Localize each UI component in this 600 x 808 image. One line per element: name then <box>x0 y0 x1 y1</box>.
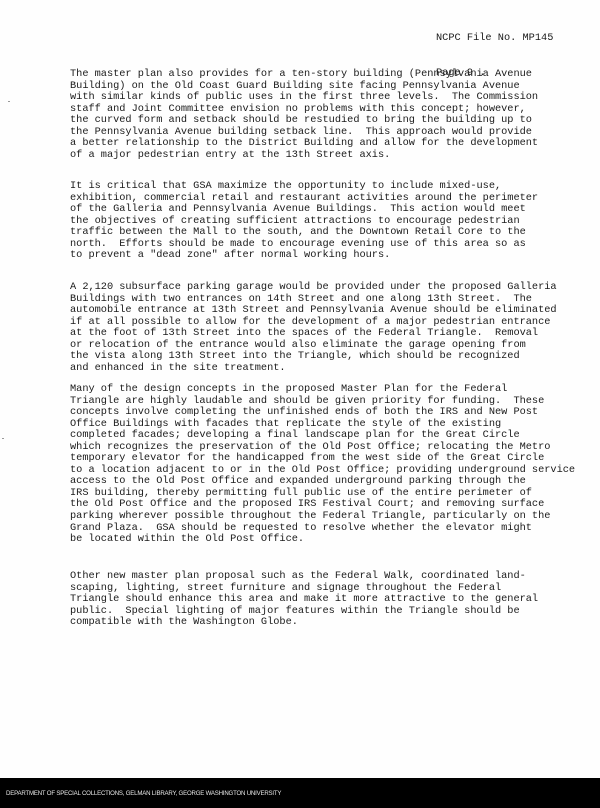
text-line: with similar kinds of public uses in the… <box>70 92 538 104</box>
text-line: concepts involve completing the unfinish… <box>70 407 575 419</box>
text-line: automobile entrance at 13th Street and P… <box>70 305 557 317</box>
archive-credit: DEPARTMENT OF SPECIAL COLLECTIONS, GELMA… <box>6 790 281 797</box>
file-number: NCPC File No. MP145 <box>436 33 553 45</box>
text-line: Other new master plan proposal such as t… <box>70 571 538 583</box>
text-line: Many of the design concepts in the propo… <box>70 384 575 396</box>
paragraph-parking-garage: A 2,120 subsurface parking garage would … <box>70 282 557 374</box>
paragraph-design-concepts: Many of the design concepts in the propo… <box>70 384 575 546</box>
text-line: compatible with the Washington Globe. <box>70 617 538 629</box>
text-line: traffic between the Mall to the south, a… <box>70 227 538 239</box>
document-page: NCPC File No. MP145 Page 9 . The master … <box>0 0 600 778</box>
paragraph-federal-walk: Other new master plan proposal such as t… <box>70 571 538 629</box>
scan-speck <box>8 101 10 102</box>
text-line: the curved form and setback should be re… <box>70 115 538 127</box>
text-line: be located within the Old Post Office. <box>70 534 575 546</box>
text-line: at the foot of 13th Street into the spac… <box>70 328 557 340</box>
text-line: completed facades; developing a final la… <box>70 430 575 442</box>
scan-speck <box>2 438 4 439</box>
text-line: parking wherever possible throughout the… <box>70 511 575 523</box>
text-line: Triangle should enhance this area and ma… <box>70 594 538 606</box>
text-line: of the Galleria and Pennsylvania Avenue … <box>70 204 538 216</box>
text-line: to prevent a "dead zone" after normal wo… <box>70 250 538 262</box>
text-line: and enhanced in the site treatment. <box>70 363 557 375</box>
text-line: A 2,120 subsurface parking garage would … <box>70 282 557 294</box>
archive-credit-bar: DEPARTMENT OF SPECIAL COLLECTIONS, GELMA… <box>0 778 600 808</box>
text-line: The master plan also provides for a ten-… <box>70 69 538 81</box>
text-line: It is critical that GSA maximize the opp… <box>70 181 538 193</box>
paragraph-pennsylvania-avenue-building: The master plan also provides for a ten-… <box>70 69 538 161</box>
text-line: of a major pedestrian entry at the 13th … <box>70 150 538 162</box>
paragraph-mixed-use-activities: It is critical that GSA maximize the opp… <box>70 181 538 262</box>
